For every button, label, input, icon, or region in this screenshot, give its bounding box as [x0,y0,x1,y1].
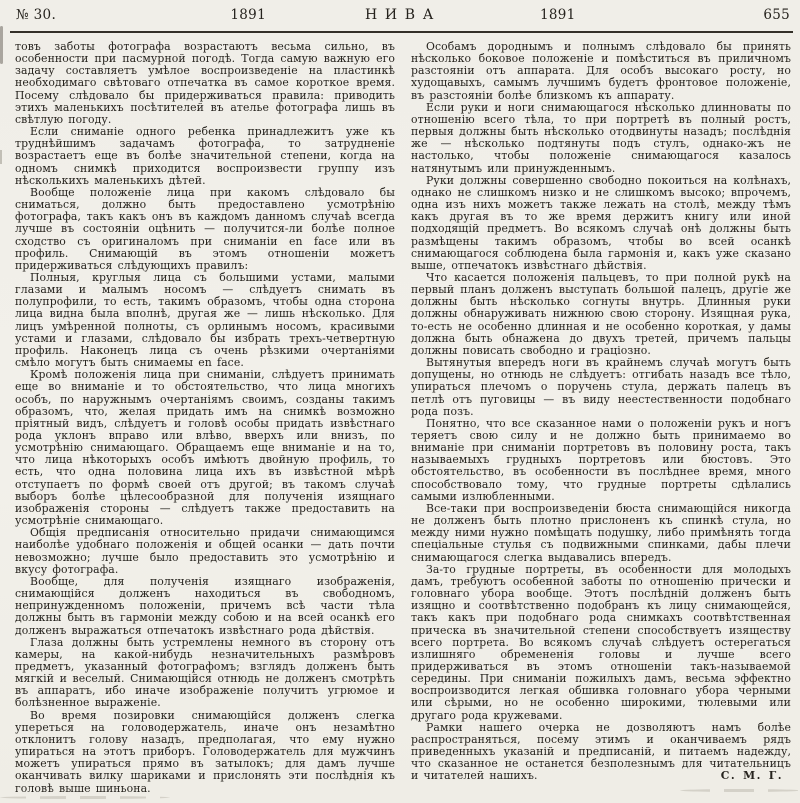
scan-artifact [0,26,3,64]
magazine-title: НИВА [326,7,481,23]
paragraph: Кромѣ положенія лица при сниманіи, слѣду… [15,369,395,527]
right-column: Особамъ дороднымъ и полнымъ слѣдовало бы… [411,41,791,801]
text-columns: товъ заботы фотографа возрастаютъ весьма… [15,41,791,801]
paragraph: Руки должны совершенно свободно покоитьс… [411,175,791,272]
paragraph: За-то грудные портреты, въ особенности д… [411,564,791,722]
paragraph: Если руки и ноги снимающагося нѣсколько … [411,102,791,175]
masthead: № 30. 1891 НИВА 1891 655 [16,7,790,23]
paragraph: Особамъ дороднымъ и полнымъ слѣдовало бы… [411,41,791,102]
page-number: 655 [635,7,790,23]
paragraph: Что касается положенія пальцевъ, то при … [411,272,791,357]
paragraph: Глаза должны быть устремлены немного въ … [15,637,395,710]
masthead-rule [10,31,793,33]
scan-artifact [0,150,2,164]
paragraph: Если сниманіе одного ребенка принадлежит… [15,126,395,187]
paragraph: товъ заботы фотографа возрастаютъ весьма… [15,41,395,126]
year-right: 1891 [480,7,635,23]
paragraph: Вообще положеніе лица при какомъ слѣдова… [15,187,395,272]
paragraph: Вообще, для полученія изящнаго изображен… [15,576,395,637]
left-column: товъ заботы фотографа возрастаютъ весьма… [15,41,395,801]
issue-number: № 30. [16,7,171,23]
magazine-page: № 30. 1891 НИВА 1891 655 товъ заботы фот… [0,0,800,803]
paragraph: Во время позировки снимающійся долженъ с… [15,710,395,795]
paragraph: Общія предписанія относительно придачи с… [15,527,395,576]
year-left: 1891 [171,7,326,23]
paragraph: Понятно, что все сказанное нами о положе… [411,418,791,503]
paragraph: Все-таки при воспроизведеніи бюста снима… [411,503,791,564]
paragraph: Полныя, круглыя лица съ большими устами,… [15,272,395,369]
paragraph: Вытянутыя впередъ ноги въ крайнемъ случа… [411,357,791,418]
